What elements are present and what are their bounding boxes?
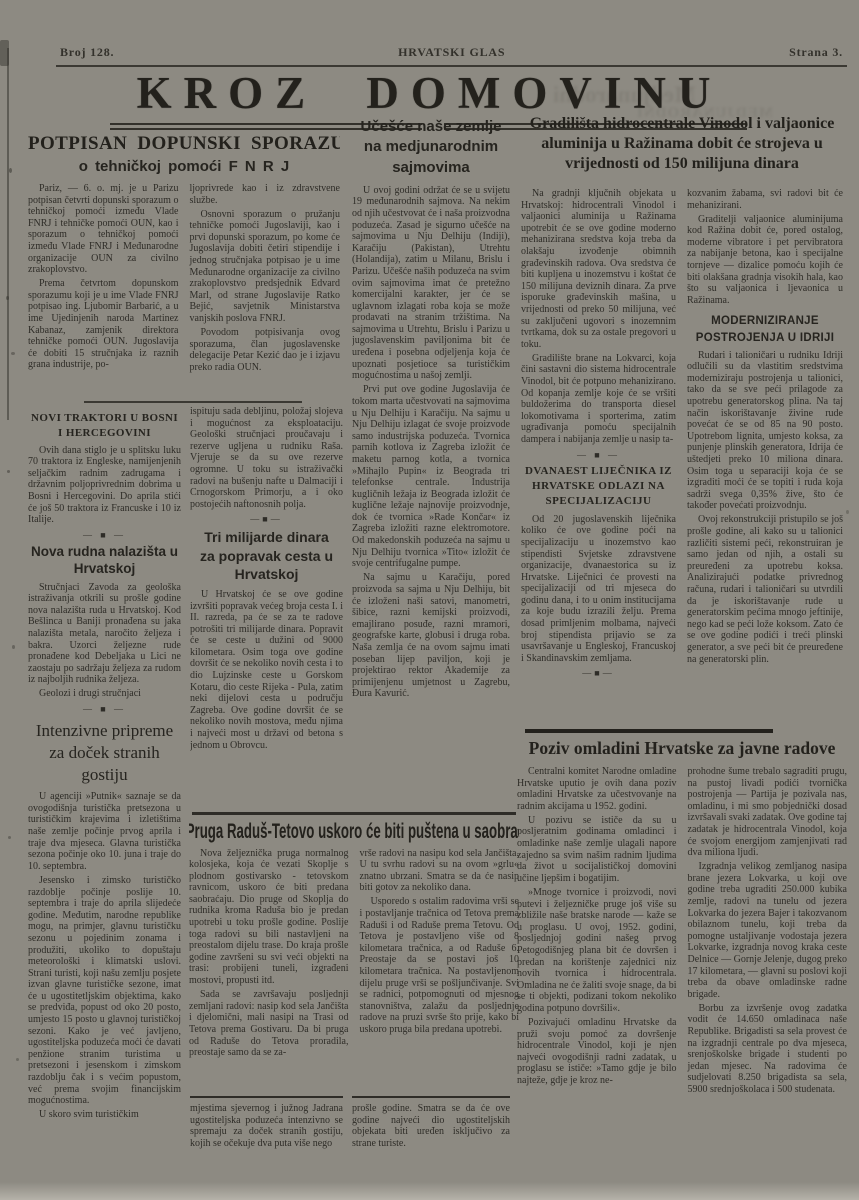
paragraph: Gradilište brane na Lokvarci, koja čini … xyxy=(521,353,676,446)
text-column: Centralni komitet Narodne omladine Hrvat… xyxy=(517,766,677,1098)
article-potpisan: POTPISAN DOPUNSKI SPORAZUM o tehničkoj p… xyxy=(28,133,340,403)
article-title-ceste: Tri milijarde dinara za popravak cesta u… xyxy=(196,528,337,583)
text-column: Pariz, — 6. o. mj. je u Parizu potpisan … xyxy=(28,183,179,376)
issue-number: Broj 128. xyxy=(60,45,114,60)
paragraph: Pariz, — 6. o. mj. je u Parizu potpisan … xyxy=(28,183,179,276)
article-subtitle: o tehničkoj pomoći F N R J xyxy=(28,158,340,175)
paragraph: U ovoj godini održat će se u svijetu 19 … xyxy=(352,185,510,382)
article-title: Poziv omladini Hrvatske za javne radove xyxy=(517,738,847,759)
paragraph: U agenciji »Putnik« saznaje se da ovogod… xyxy=(28,791,181,872)
paragraph: Sada se završavaju posljednji zemljani r… xyxy=(189,989,349,1059)
column-2-continuation: mjestima sjevernog i južnog Jadrana ugos… xyxy=(190,1096,343,1172)
article-divider: — ■ — xyxy=(521,450,676,460)
paragraph: Ovoj rekonstrukciji pristupilo se još pr… xyxy=(687,514,843,665)
article-title-lijecnici: DVANAEST LIJEČNIKA IZ HRVATSKE ODLAZI NA… xyxy=(521,464,676,510)
article-sajmovi: Učešće naše zemlje na medjunarodnim sajm… xyxy=(352,117,510,811)
scan-speck xyxy=(6,296,9,300)
article-title: Pruga Raduš-Tetovo uskoro će biti pušten… xyxy=(189,819,519,843)
article-divider: —■— xyxy=(521,668,676,678)
scan-speck xyxy=(846,510,849,514)
paragraph: ljoprivrede kao i iz zdravstvene službe. xyxy=(190,183,341,206)
scan-speck xyxy=(11,352,15,355)
article-title-idrija: MODERNIZIRANJE POSTROJENJA U IDRIJI xyxy=(687,313,843,345)
newspaper-page: Medjunarodni Medjunarodni Broj 128. HRVA… xyxy=(0,0,859,1200)
page-number: Strana 3. xyxy=(789,45,843,60)
paragraph: vrše radovi na nasipu kod sela Jančišta.… xyxy=(360,848,520,894)
scan-blot xyxy=(0,40,9,66)
paragraph: prošle godine. Smatra se da će ove godin… xyxy=(352,1103,510,1149)
newspaper-title: HRVATSKI GLAS xyxy=(398,45,505,60)
scan-bottom-strip xyxy=(0,1182,859,1200)
paragraph: U pozivu se ističe da su u posljeratnim … xyxy=(517,815,677,885)
paragraph: Prvi put ove godine Jugoslavija će tokom… xyxy=(352,384,510,570)
paragraph: Povodom potpisivanja ovog sporazuma, čla… xyxy=(190,327,341,373)
paragraph: mjestima sjevernog i južnog Jadrana ugos… xyxy=(190,1103,343,1149)
article-title: POTPISAN DOPUNSKI SPORAZUM xyxy=(28,133,340,155)
column-1: NOVI TRAKTORI U BOSNI I HERCEGOVINI Ovih… xyxy=(28,406,181,1168)
scan-speck xyxy=(9,168,12,173)
paragraph: Graditelji valjaonice aluminijuma kod Ra… xyxy=(687,214,843,307)
article-title-turizam: Intenzivne pripreme za doček stranih gos… xyxy=(32,720,177,785)
paragraph: Jesensko i zimsko turističko razdoblje p… xyxy=(28,875,181,1107)
paragraph: Nova željeznička pruga normalnog kolosje… xyxy=(189,848,349,987)
paragraph: ispituju sada debljinu, položaj slojeva … xyxy=(190,406,343,510)
paragraph: Stručnjaci Zavoda za geološka istraživan… xyxy=(28,582,181,686)
headline-rule xyxy=(192,812,516,815)
paragraph: Prema četvrtom dopunskom sporazumu koji … xyxy=(28,278,179,371)
section-title: KROZ DOMOVINU xyxy=(0,67,859,119)
page-header: Broj 128. HRVATSKI GLAS Strana 3. xyxy=(60,45,843,60)
column-2: ispituju sada debljinu, položaj slojeva … xyxy=(190,406,343,810)
article-poziv: Poziv omladini Hrvatske za javne radove … xyxy=(517,729,847,1177)
article-title-traktori: NOVI TRAKTORI U BOSNI I HERCEGOVINI xyxy=(28,411,181,441)
scan-speck xyxy=(12,645,15,649)
text-column: ljoprivrede kao i iz zdravstvene službe.… xyxy=(190,183,341,376)
paragraph: Usporedo s ostalim radovima vrši se i po… xyxy=(360,896,520,1035)
column-3-continuation: prošle godine. Smatra se da će ove godin… xyxy=(352,1096,510,1172)
paragraph: Od 20 jugoslavenskih liječnika koliko će… xyxy=(521,514,676,665)
paragraph: Na sajmu u Karačiju, pored proizvoda sa … xyxy=(352,572,510,700)
paragraph: kozvanim žabama, svi radovi bit će mehan… xyxy=(687,188,843,211)
headline-rule xyxy=(525,729,773,733)
paragraph: Ovih dana stiglo je u splitsku luku 70 t… xyxy=(28,445,181,526)
article-pruga: Pruga Raduš-Tetovo uskoro će biti pušten… xyxy=(189,812,519,1096)
paragraph: »Mnoge tvornice i proizvodi, novi putevi… xyxy=(517,887,677,1015)
section-rule xyxy=(190,1096,343,1098)
paragraph: prohodne šume trebalo sagraditi prugu, n… xyxy=(688,766,848,859)
paragraph: Pozivajući omladinu Hrvatske da pruži sv… xyxy=(517,1017,677,1087)
paragraph: Izgradnja velikog zemljanog nasipa brane… xyxy=(688,861,848,1000)
scan-speck xyxy=(8,836,11,839)
section-rule xyxy=(352,1096,510,1098)
text-column: Nova željeznička pruga normalnog kolosje… xyxy=(189,848,349,1062)
paragraph: U skoro svim turističkim xyxy=(28,1109,181,1121)
text-column: prohodne šume trebalo sagraditi prugu, n… xyxy=(688,766,848,1098)
paragraph: Borbu za izvršenje ovog zadatka vodit će… xyxy=(688,1003,848,1096)
article-title-rudna: Nova rudna nalazišta u Hrvatskoj xyxy=(28,544,181,578)
scan-speck xyxy=(7,470,10,473)
article-gradilista-headline: Gradilišta hidrocentrale Vinodol i valja… xyxy=(517,114,847,188)
article-divider: — ■ — xyxy=(28,530,181,540)
article-title: Gradilišta hidrocentrale Vinodol i valja… xyxy=(517,114,847,174)
scan-speck xyxy=(16,1058,19,1061)
article-title: Učešće naše zemlje na medjunarodnim sajm… xyxy=(352,117,510,178)
paragraph: U Hrvatskoj će se ove godine izvršiti po… xyxy=(190,589,343,751)
paragraph: Rudari i talioničari u rudniku Idriji od… xyxy=(687,350,843,512)
paragraph: Geolozi i drugi stručnjaci xyxy=(28,688,181,700)
text-column: vrše radovi na nasipu kod sela Jančišta.… xyxy=(360,848,520,1062)
paragraph: Centralni komitet Narodne omladine Hrvat… xyxy=(517,766,677,812)
paragraph: Na gradnji ključnih objekata u Hrvatskoj… xyxy=(521,188,676,350)
section-rule xyxy=(84,401,302,403)
article-divider: —■— xyxy=(190,514,343,524)
article-divider: — ■ — xyxy=(28,704,181,714)
column-4: Na gradnji ključnih objekata u Hrvatskoj… xyxy=(521,188,676,728)
column-5: kozvanim žabama, svi radovi bit će mehan… xyxy=(687,188,843,728)
paragraph: Osnovni sporazum o pružanju tehničke pom… xyxy=(190,209,341,325)
